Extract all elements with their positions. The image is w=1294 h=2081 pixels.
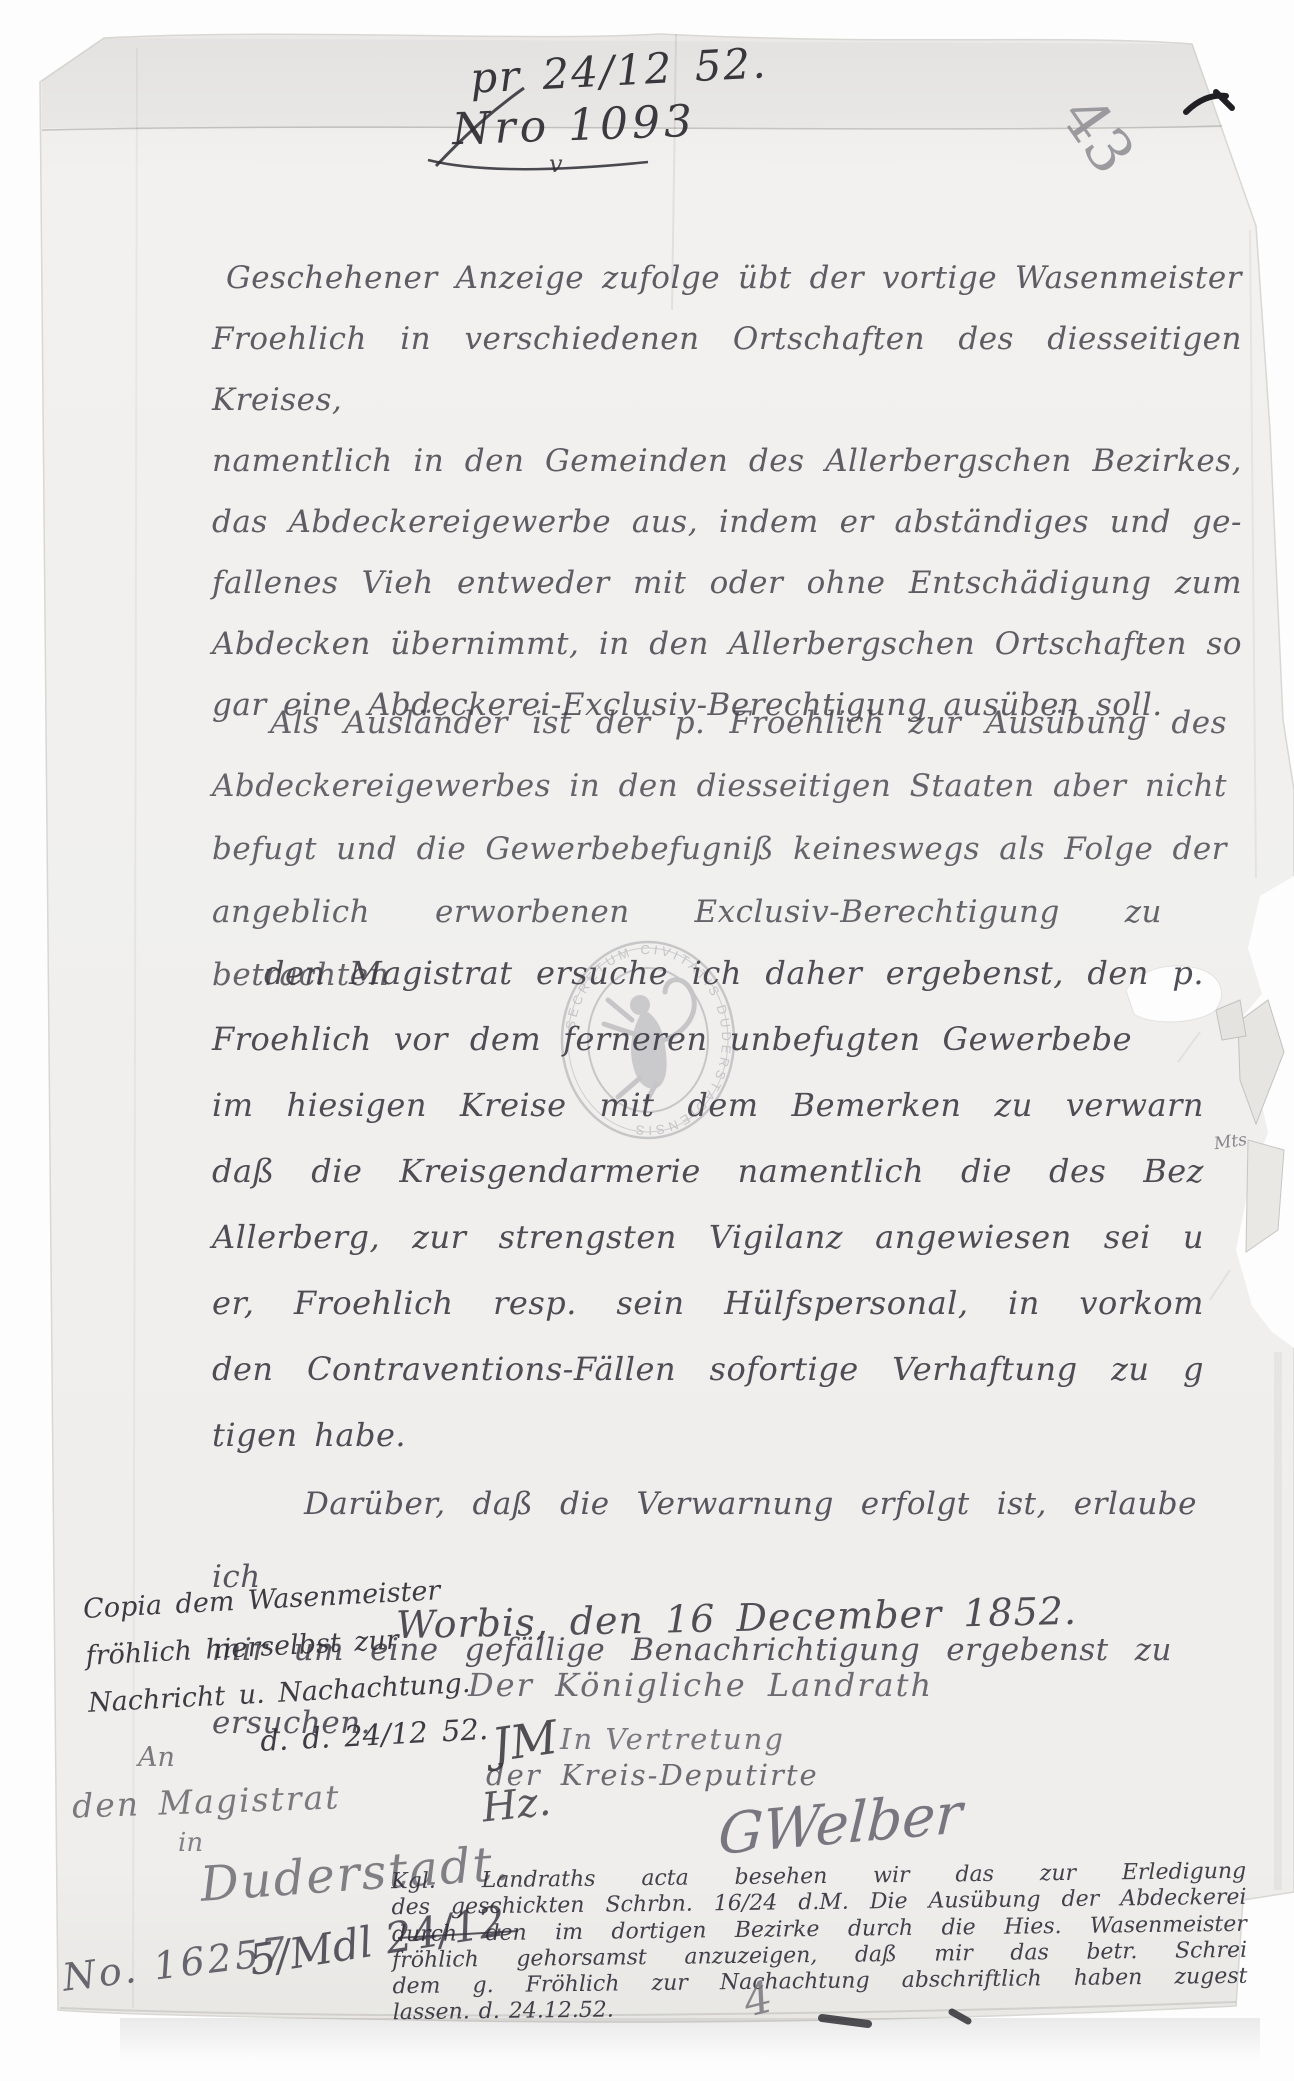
address-in: in [178,1828,203,1858]
body-line: Froehlich vor dem ferneren unbefugten Ge… [212,1006,1132,1072]
document-scan: SECRETUM CIVITATIS DUDERSTADIENSIS pr 24… [0,0,1294,2081]
body-line: fallenes Vieh entweder mit oder ohne Ent… [212,553,1242,614]
body-line: Als Ausländer ist der p. Froehlich zur A… [212,692,1227,755]
closing-authority: Der Königliche Landrath [468,1666,933,1704]
document-number: Nro 1093 [451,96,697,155]
paraph-mark-2: Hz. [480,1779,553,1832]
body-line: das Abdeckereigewerbe aus, indem er abst… [212,492,1242,553]
address-to: An [138,1742,175,1773]
body-line: Abdecken übernimmt, in den Allerbergsche… [212,614,1242,675]
body-line: Geschehener Anzeige zufolge übt der vort… [212,248,1242,309]
body-paragraph-1: Geschehener Anzeige zufolge übt der vort… [212,248,1242,736]
body-line: er, Froehlich resp. sein Hülfspersonal, … [212,1270,1204,1336]
body-line: daß die Kreisgendarmerie namentlich die … [212,1138,1204,1204]
body-paragraph-3: den Magistrat ersuche ich daher ergebens… [212,940,1204,1468]
body-line: tigen habe. [212,1402,1204,1468]
bottom-shadow [120,2018,1260,2062]
body-line: Abdeckereigewerbes in den diesseitigen S… [212,755,1227,818]
body-line: den Contraventions-Fällen sofortige Verh… [212,1336,1204,1402]
body-line: Froehlich in verschiedenen Ortschaften d… [212,309,1242,431]
closing-representation: In Vertretung [560,1722,785,1756]
bottom-note: Kgl. Landraths acta besehen wir das zur … [391,1859,1248,2027]
body-line: Allerberg, zur strengsten Vigilanz angew… [212,1204,1204,1270]
body-line: namentlich in den Gemeinden des Allerber… [212,431,1242,492]
body-line: den Magistrat ersuche ich daher ergebens… [212,940,1204,1006]
body-line: im hiesigen Kreise mit dem Bemerken zu v… [212,1072,1204,1138]
paraph-mark-1: JM [489,1710,561,1773]
check-mark: v [549,150,563,178]
body-line: befugt und die Gewerbebefugniß keinesweg… [212,818,1227,881]
